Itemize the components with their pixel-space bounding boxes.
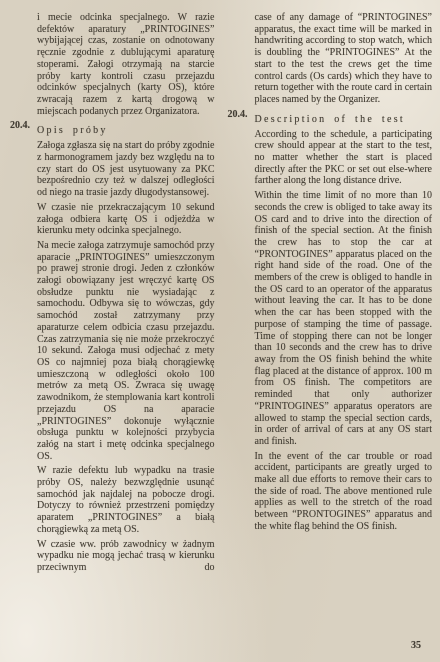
section-heading-row-polish: 20.4. Opis próby [37,120,215,138]
paragraph-polish: Na mecie załoga zatrzymuje samochód przy… [37,240,215,462]
paragraph-english: Within the time limit of no more than 10… [255,190,433,447]
paragraph-english: In the event of the car trouble or road … [255,451,433,533]
scanned-document-page: i mecie odcinka specjalnego. W razie def… [0,0,440,662]
paragraph-english-intro: case of any damage of “PRINTOGINES” appa… [255,12,433,106]
paragraph-polish: W czasie nie przekraczającym 10 sekund z… [37,202,215,237]
section-heading-english: Description of the test [255,114,406,125]
left-column-polish: i mecie odcinka specjalnego. W razie def… [10,12,215,577]
section-heading-polish: Opis próby [37,125,108,136]
section-number: 20.4. [228,109,248,121]
two-column-layout: i mecie odcinka specjalnego. W razie def… [0,0,440,577]
page-number: 35 [411,640,421,651]
section-heading-row-english: 20.4. Description of the test [255,109,433,127]
paragraph-polish: Załoga zgłasza się na start do próby zgo… [37,140,215,199]
paragraph-polish-intro: i mecie odcinka specjalnego. W razie def… [37,12,215,117]
paragraph-english: According to the schedule, a participati… [255,129,433,188]
paragraph-polish-continued: W czasie ww. prób zawodnicy w żadnym wyp… [37,539,215,574]
section-number: 20.4. [10,120,30,132]
right-column-english: case of any damage of “PRINTOGINES” appa… [228,12,433,577]
paragraph-polish: W razie defektu lub wypadku na trasie pr… [37,465,215,535]
right-column-body: case of any damage of “PRINTOGINES” appa… [228,12,433,533]
left-column-body: i mecie odcinka specjalnego. W razie def… [10,12,215,574]
